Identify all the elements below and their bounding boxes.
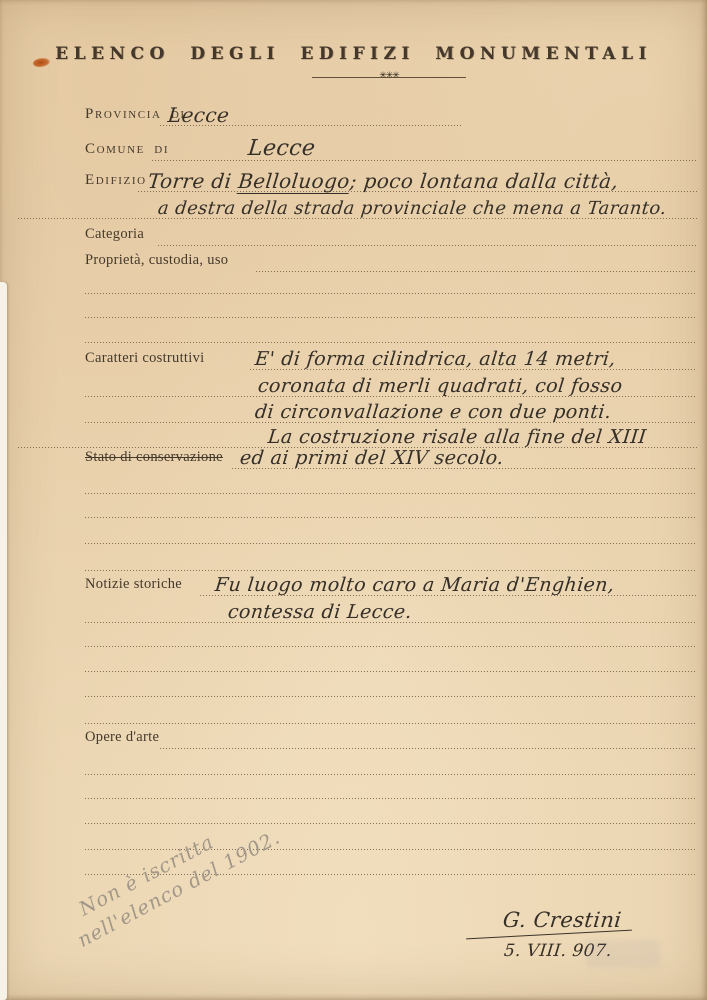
signature-name: G. Crestini xyxy=(502,908,623,932)
dotted-line xyxy=(152,160,697,161)
dotted-line xyxy=(158,245,697,246)
field-label: Edifizio xyxy=(85,172,147,189)
field-label: Categoria xyxy=(85,226,144,243)
field-label: Proprietà, custodia, uso xyxy=(85,252,228,269)
dotted-line xyxy=(85,517,697,518)
dotted-line xyxy=(85,293,697,294)
form-fields-area: Provincia diLecceComune diLecceEdifizioT… xyxy=(0,0,707,1000)
handwritten-entry: La costruzione risale alla fine del XIII xyxy=(267,426,648,448)
dotted-line xyxy=(85,646,697,647)
scan-edge-sliver xyxy=(0,282,7,1000)
dotted-line xyxy=(85,671,697,672)
field-label: Stato di conservazione xyxy=(85,449,223,466)
handwritten-entry: Lecce xyxy=(167,103,231,127)
dotted-line xyxy=(85,723,697,724)
field-label: Caratteri costruttivi xyxy=(85,350,204,367)
dotted-line xyxy=(85,317,697,318)
field-label: Notizie storiche xyxy=(85,576,182,593)
field-label: Comune di xyxy=(85,141,169,158)
dotted-line xyxy=(85,696,697,697)
dotted-line xyxy=(85,342,697,343)
handwritten-entry: Fu luogo molto caro a Maria d'Enghien, xyxy=(214,574,616,596)
handwritten-entry: ed ai primi del XIV secolo. xyxy=(239,447,505,469)
dotted-line xyxy=(85,774,697,775)
dotted-line xyxy=(160,748,697,749)
dotted-line xyxy=(85,543,697,544)
field-label: Opere d'arte xyxy=(85,729,159,746)
dotted-line xyxy=(85,493,697,494)
dotted-line xyxy=(85,570,697,571)
dotted-line xyxy=(85,823,697,824)
handwritten-entry: Lecce xyxy=(247,136,317,161)
handwritten-entry: di circonvallazione e con due ponti. xyxy=(254,401,613,423)
handwritten-entry: coronata di merli quadrati, col fosso xyxy=(257,375,624,397)
dotted-line xyxy=(256,271,697,272)
handwritten-entry: contessa di Lecce. xyxy=(227,601,413,623)
handwritten-entry: Torre di Belloluogo; poco lontana dalla … xyxy=(147,169,620,193)
handwritten-entry: a destra della strada provinciale che me… xyxy=(157,198,668,219)
faint-stamp xyxy=(586,940,660,968)
dotted-line xyxy=(85,798,697,799)
handwritten-entry: E' di forma cilindrica, alta 14 metri, xyxy=(254,348,617,370)
scanned-form-page: ELENCO DEGLI EDIFIZI MONUMENTALI ✳✳✳ Pro… xyxy=(0,0,707,1000)
